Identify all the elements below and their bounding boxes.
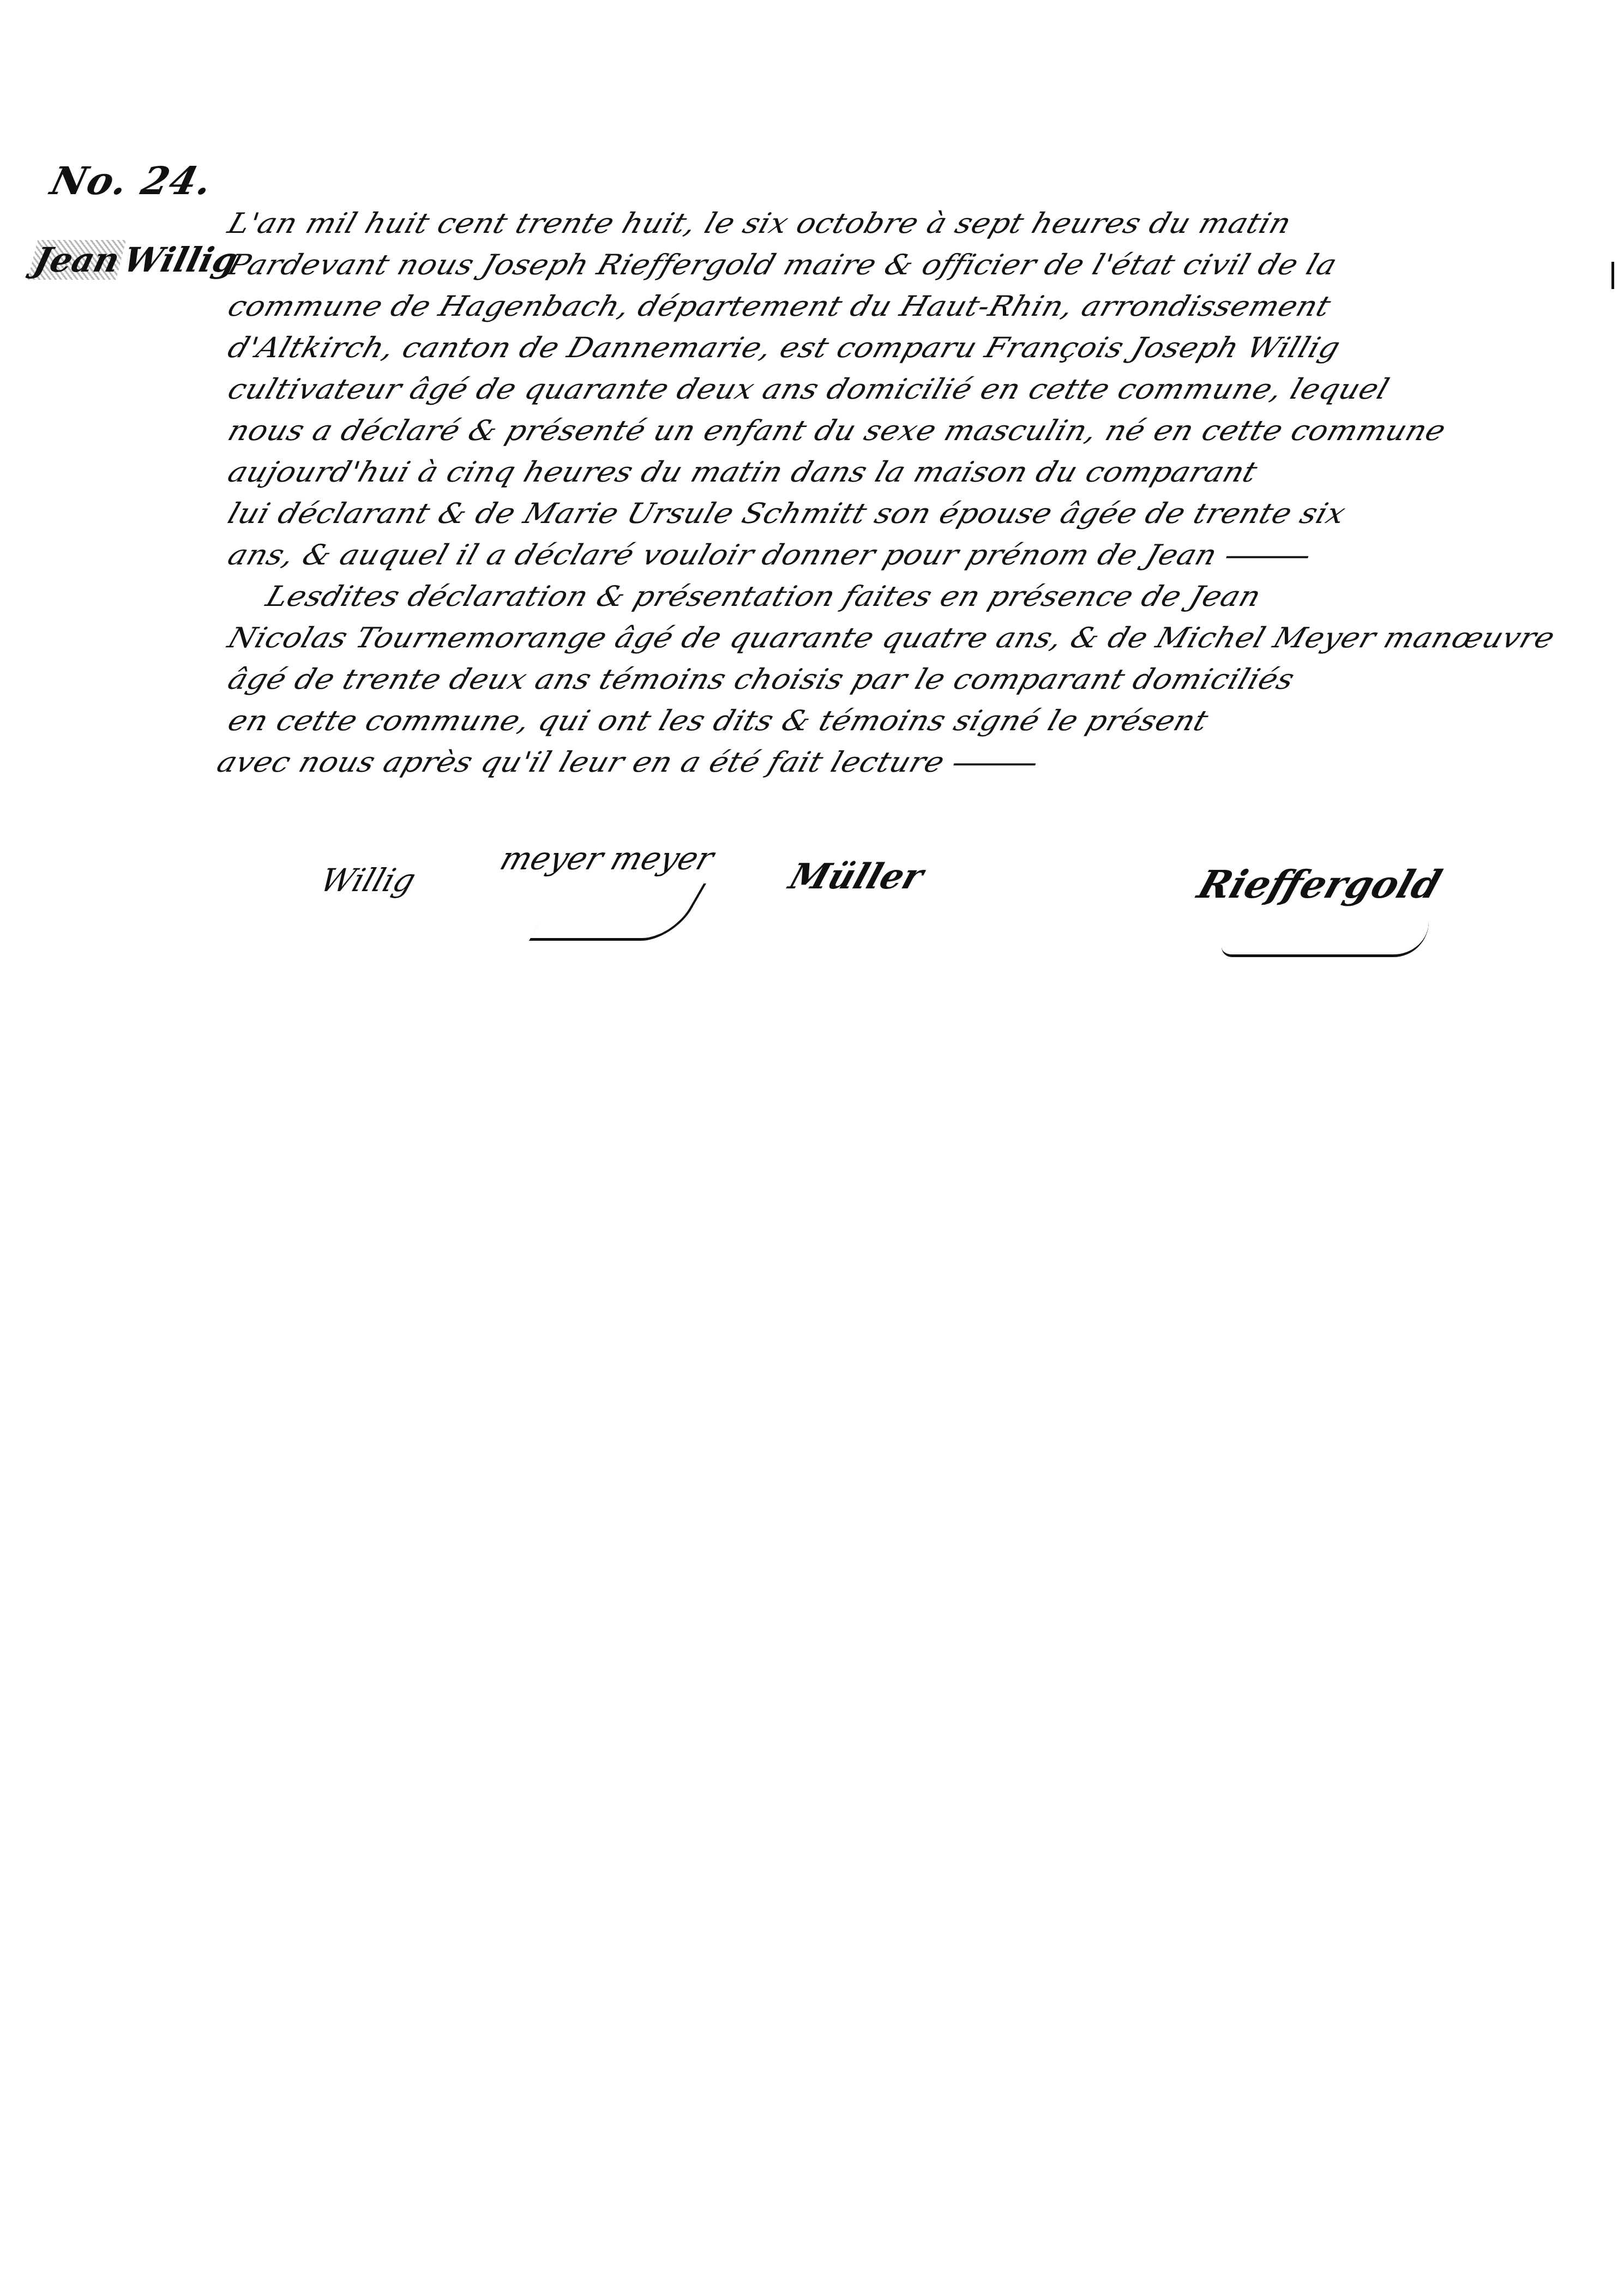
act-number: No. 24. bbox=[46, 158, 218, 203]
signature-flourish bbox=[529, 883, 707, 941]
page-edge-mark bbox=[1611, 262, 1614, 289]
record-line-3: commune de Hagenbach, département du Hau… bbox=[223, 287, 1336, 326]
record-line-14: avec nous après qu'il leur en a été fait… bbox=[212, 743, 1043, 782]
margin-surname: Willig bbox=[119, 240, 242, 280]
record-line-4: d'Altkirch, canton de Dannemarie, est co… bbox=[223, 329, 1345, 367]
signature-flourish bbox=[1222, 922, 1429, 957]
record-line-12: âgé de trente deux ans témoins choisis p… bbox=[223, 660, 1300, 699]
signature-row: Willig meyer meyer Müller Rieffergold bbox=[0, 840, 1624, 982]
record-line-9-text: ans, & auquel il a déclaré vouloir donne… bbox=[224, 539, 1221, 572]
record-line-14-text: avec nous après qu'il leur en a été fait… bbox=[213, 746, 948, 779]
record-line-1: L'an mil huit cent trente huit, le six o… bbox=[223, 205, 1296, 243]
signature-witness-1: meyer meyer bbox=[496, 840, 719, 877]
record-line-8: lui déclarant & de Marie Ursule Schmitt … bbox=[223, 495, 1351, 533]
record-line-2: Pardevant nous Joseph Rieffergold maire … bbox=[223, 246, 1342, 284]
record-line-13: en cette commune, qui ont les dits & tém… bbox=[223, 702, 1213, 740]
blank-page-area bbox=[0, 982, 1624, 2296]
record-line-10: Lesdites déclaration & présentation fait… bbox=[261, 578, 1266, 616]
record-line-6: nous a déclaré & présenté un enfant du s… bbox=[223, 412, 1451, 450]
signature-mayor: Rieffergold bbox=[1193, 862, 1447, 907]
record-line-9: ans, & auquel il a déclaré vouloir donne… bbox=[223, 536, 1315, 574]
record-line-5: cultivateur âgé de quarante deux ans dom… bbox=[223, 370, 1394, 408]
line-end-dash bbox=[953, 763, 1036, 765]
record-line-11: Nicolas Tournemorange âgé de quarante qu… bbox=[223, 619, 1560, 657]
document-page: No. 24. JeanWillig L'an mil huit cent tr… bbox=[0, 0, 1624, 2296]
signature-witness-2: Müller bbox=[784, 856, 929, 897]
signature-declarant: Willig bbox=[316, 862, 420, 899]
name-stamp: Jean bbox=[28, 240, 126, 280]
margin-child-name: JeanWillig bbox=[28, 240, 242, 280]
line-end-dash bbox=[1226, 556, 1308, 558]
record-line-7: aujourd'hui à cinq heures du matin dans … bbox=[223, 453, 1262, 491]
